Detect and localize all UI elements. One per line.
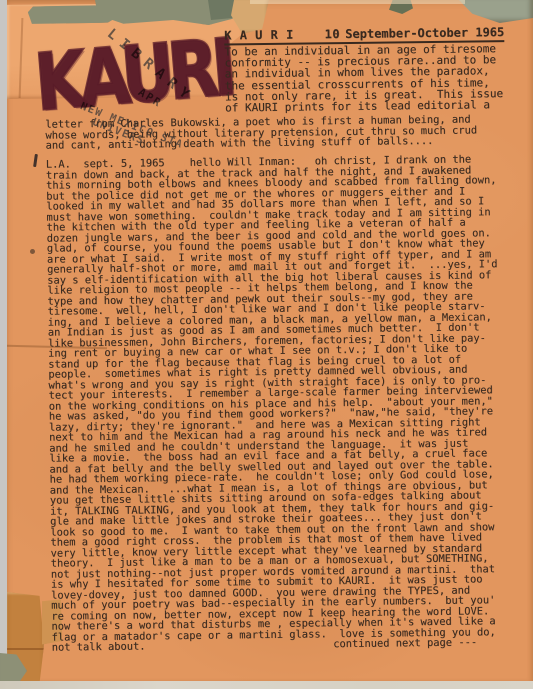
scanned-page: KAURI LIBRARY APR NEW MEXICO STA UNIVERS… xyxy=(0,0,533,689)
issue-title: K A U R I 10 xyxy=(224,27,340,42)
issue-date: September-October 1965 xyxy=(345,25,504,41)
intro-full-width: letter from Charles Bukowski, a poet who… xyxy=(45,114,477,151)
intro-column: To be an individual in an age of tiresom… xyxy=(224,43,503,114)
page-content: KAURI LIBRARY APR NEW MEXICO STA UNIVERS… xyxy=(0,0,533,689)
letter-body: L.A. sept. 5, 1965 hello Will Inman: oh … xyxy=(46,154,502,653)
